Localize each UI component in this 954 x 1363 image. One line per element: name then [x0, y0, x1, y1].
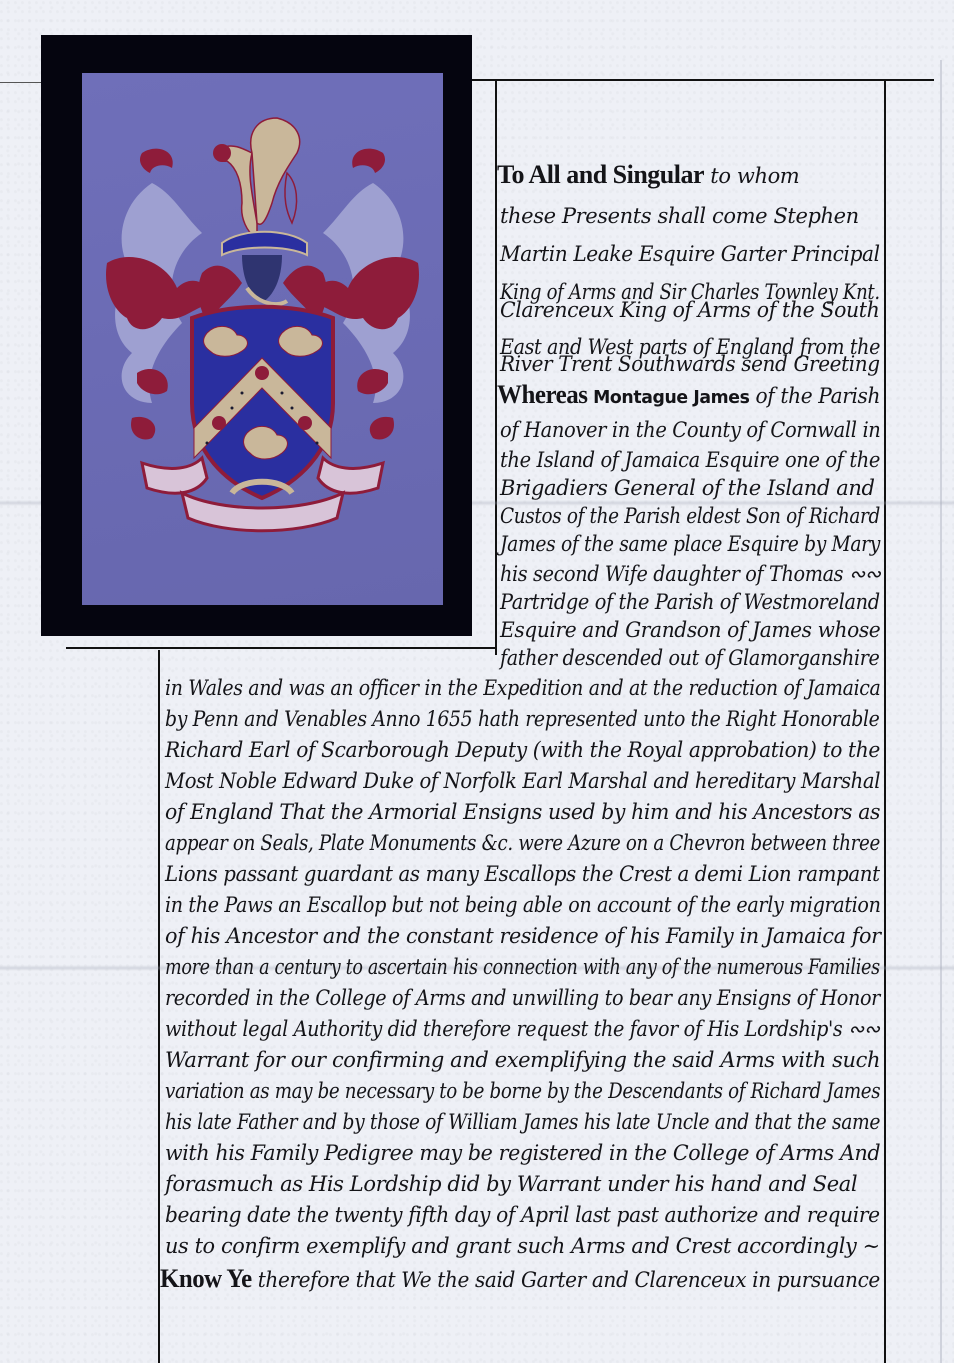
text-line-30: Warrant for our confirming and exemplify…	[165, 1048, 880, 1072]
text-line-26: of his Ancestor and the constant residen…	[165, 924, 881, 948]
know-ye-words: Know Ye	[160, 1264, 252, 1293]
mid-rule	[66, 647, 496, 649]
text-line-32: his late Father and by those of William …	[165, 1110, 880, 1134]
text-line-10: the Island of Jamaica Esquire one of the	[500, 448, 880, 472]
text-line-29: without legal Authority did therefore re…	[165, 1017, 880, 1041]
text-line-14: his second Wife daughter of Thomas ∾∾	[500, 562, 880, 586]
top-rule-right	[472, 79, 934, 81]
text-line-13: James of the same place Esquire by Mary	[500, 532, 880, 556]
text-line-21: Most Noble Edward Duke of Norfolk Earl M…	[165, 769, 880, 793]
text-line-24: Lions passant guardant as many Escallops…	[165, 862, 880, 886]
text-line-34: forasmuch as His Lordship did by Warrant…	[165, 1172, 857, 1196]
text-line-22: of England That the Armorial Ensigns use…	[165, 800, 880, 824]
text-line-25: in the Paws an Escallop but not being ab…	[165, 893, 881, 917]
coat-of-arms-icon	[82, 73, 443, 605]
text-line-37: Know Ye therefore that We the said Garte…	[160, 1264, 880, 1294]
text-line-31: variation as may be necessary to be born…	[165, 1079, 880, 1103]
text-line-3: Martin Leake Esquire Garter Principal	[500, 242, 880, 266]
text-line-20: Richard Earl of Scarborough Deputy (with…	[165, 738, 880, 762]
text-line-23: appear on Seals, Plate Monuments &c. wer…	[165, 831, 880, 855]
text-line-15: Partridge of the Parish of Westmoreland	[500, 590, 880, 614]
text-line-8: Whereas Montague James of the Parish	[497, 380, 880, 410]
coat-of-arms-photograph	[41, 35, 472, 636]
right-rule	[884, 80, 886, 1363]
text-line-36: us to confirm exemplify and grant such A…	[165, 1234, 880, 1258]
text-line-17: father descended out of Glamorganshire	[500, 646, 879, 670]
text-line-35: bearing date the twenty fifth day of Apr…	[165, 1203, 880, 1227]
text-line-7: River Trent Southwards send Greeting	[500, 352, 880, 376]
text-line-11: Brigadiers General of the Island and	[500, 476, 875, 500]
coat-of-arms-painting	[82, 73, 443, 605]
top-left-rule	[0, 82, 41, 83]
text-line-9: of Hanover in the County of Cornwall in	[500, 418, 880, 442]
text-line-27: more than a century to ascertain his con…	[165, 955, 880, 979]
text-line-16: Esquire and Grandson of James whose	[500, 618, 880, 642]
text-line-19: by Penn and Venables Anno 1655 hath repr…	[165, 707, 879, 731]
text-line-33: with his Family Pedigree may be register…	[165, 1141, 880, 1165]
left-rule-lower	[158, 650, 160, 1363]
subject-name: Montague James	[587, 387, 749, 408]
right-edge-shade	[940, 60, 942, 1363]
text-line-2: these Presents shall come Stephen	[500, 204, 859, 228]
text-line-12: Custos of the Parish eldest Son of Richa…	[500, 504, 880, 528]
text-line-1: To All and Singular to whom	[497, 160, 799, 190]
text-line-18: in Wales and was an officer in the Exped…	[165, 676, 880, 700]
text-line-5: Clarenceux King of Arms of the South	[500, 298, 879, 322]
whereas-word: Whereas	[497, 380, 587, 409]
text-line-28: recorded in the College of Arms and unwi…	[165, 986, 880, 1010]
opening-words: To All and Singular	[497, 160, 704, 189]
